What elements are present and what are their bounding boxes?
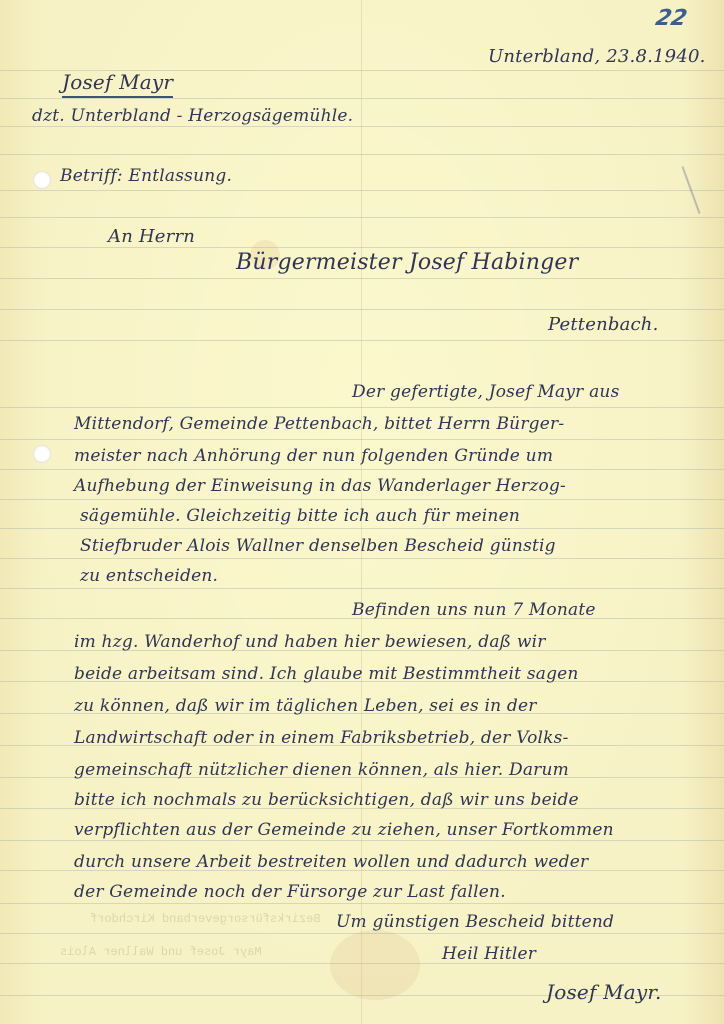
body-line: meister nach Anhörung der nun folgenden …	[74, 446, 553, 466]
body-line: Aufhebung der Einweisung in das Wanderla…	[74, 476, 566, 496]
ruled-line	[0, 903, 724, 904]
ruled-line	[0, 126, 724, 127]
body-line: sägemühle. Gleichzeitig bitte ich auch f…	[80, 506, 520, 526]
ruled-line	[0, 278, 724, 279]
sender-address: dzt. Unterbland - Herzogsägemühle.	[32, 106, 353, 126]
ruled-line	[0, 499, 724, 500]
ruled-line	[0, 309, 724, 310]
ruled-line	[0, 154, 724, 155]
body-line: durch unsere Arbeit bestreiten wollen un…	[74, 852, 588, 872]
ruled-line	[0, 190, 724, 191]
body-line: zu entscheiden.	[80, 566, 218, 586]
letter-page: Bezirksfürsorgeverband Kirchdorf Mayr Jo…	[0, 0, 724, 1024]
bleed-through-text: Bezirksfürsorgeverband Kirchdorf	[90, 912, 320, 926]
ruled-line	[0, 217, 724, 218]
body-line: Befinden uns nun 7 Monate	[352, 600, 596, 620]
body-line: zu können, daß wir im täglichen Leben, s…	[74, 696, 537, 716]
subject-line: Betriff: Entlassung.	[60, 166, 232, 186]
body-line: gemeinschaft nützlicher dienen können, a…	[74, 760, 569, 780]
body-line: bitte ich nochmals zu berücksichtigen, d…	[74, 790, 579, 810]
bleed-through-text: Mayr Josef und Wallner Alois	[60, 945, 262, 959]
body-line: Der gefertigte, Josef Mayr aus	[352, 382, 620, 402]
body-line: Stiefbruder Alois Wallner denselben Besc…	[80, 536, 556, 556]
ruled-line	[0, 439, 724, 440]
sender-name: Josef Mayr	[62, 70, 173, 98]
body-line: verpflichten aus der Gemeinde zu ziehen,…	[74, 820, 614, 840]
ruled-line	[0, 528, 724, 529]
body-line: Mittendorf, Gemeinde Pettenbach, bittet …	[74, 414, 564, 434]
closing-line: Heil Hitler	[442, 944, 536, 964]
ruled-line	[0, 247, 724, 248]
recipient-name: Bürgermeister Josef Habinger	[236, 250, 578, 275]
ruled-line	[0, 340, 724, 341]
ruled-line	[0, 588, 724, 589]
recipient-place: Pettenbach.	[548, 314, 659, 335]
ruled-line	[0, 469, 724, 470]
archive-number: 22	[653, 6, 689, 31]
closing-line: Um günstigen Bescheid bittend	[336, 912, 614, 932]
body-line: beide arbeitsam sind. Ich glaube mit Bes…	[74, 664, 579, 684]
ruled-line	[0, 98, 724, 99]
ruled-line	[0, 558, 724, 559]
paper-stain	[330, 930, 420, 1000]
ruled-line	[0, 407, 724, 408]
body-line: im hzg. Wanderhof und haben hier bewiese…	[74, 632, 546, 652]
punch-hole	[33, 445, 51, 463]
place-date: Unterbland, 23.8.1940.	[488, 46, 706, 67]
salutation: An Herrn	[108, 226, 195, 247]
punch-hole	[33, 171, 51, 189]
body-line: der Gemeinde noch der Fürsorge zur Last …	[74, 882, 506, 902]
body-line: Landwirtschaft oder in einem Fabriksbetr…	[74, 728, 569, 748]
signature: Josef Mayr.	[546, 980, 662, 1004]
ruled-line	[0, 840, 724, 841]
